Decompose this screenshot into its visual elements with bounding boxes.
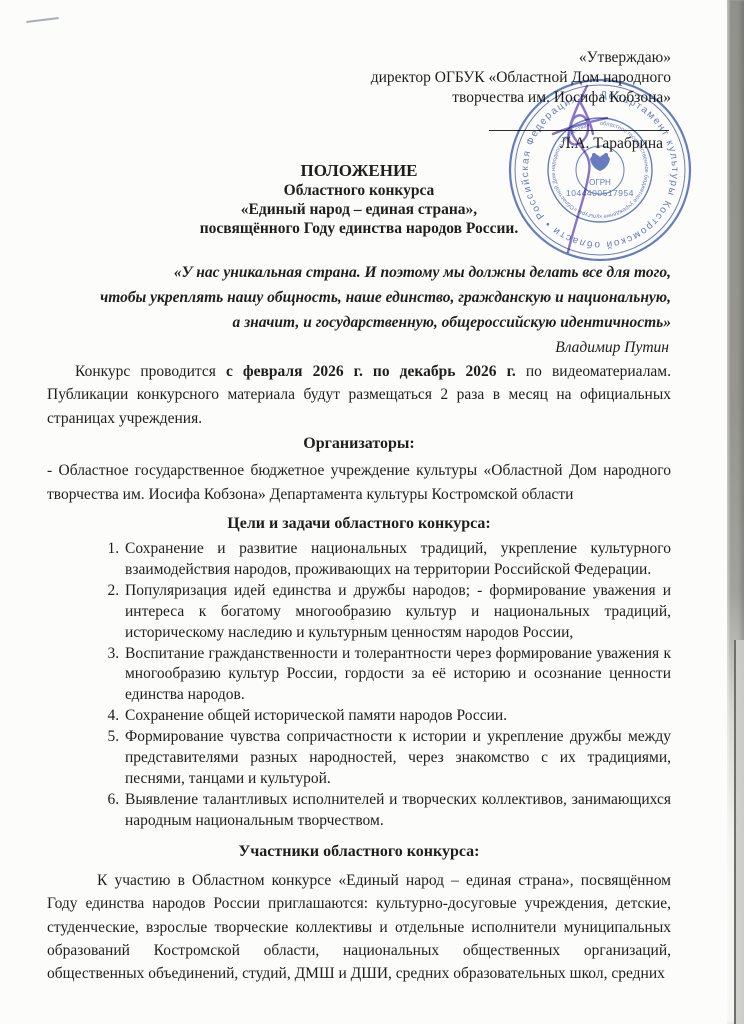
signatory-name: Л.А. Тарабрина (47, 134, 671, 154)
director-line-1: директор ОГБУК «Областной Дом народного (47, 68, 671, 88)
director-line-2: творчества им. Иосифа Кобзона» (47, 88, 671, 108)
participants-paragraph: К участию в Областном конкурсе «Единый н… (47, 869, 671, 986)
title-block: ПОЛОЖЕНИЕ Областного конкурса «Единый на… (47, 160, 671, 238)
epigraph-line-3: а значит, и государственную, общероссийс… (47, 310, 671, 335)
goals-list: Сохранение и развитие национальных тради… (47, 539, 671, 832)
goal-item-3: Воспитание гражданственности и толерантн… (123, 644, 671, 707)
document-content: «Утверждаю» директор ОГБУК «Областной До… (47, 48, 671, 986)
scanned-document-page: «Утверждаю» директор ОГБУК «Областной До… (0, 0, 744, 1024)
participants-heading: Участники областного конкурса: (47, 840, 671, 863)
goal-item-4: Сохранение общей исторической памяти нар… (123, 706, 671, 727)
organizers-heading: Организаторы: (47, 432, 671, 455)
document-title: ПОЛОЖЕНИЕ (47, 160, 671, 181)
goal-item-6: Выявление талантливых исполнителей и тво… (123, 790, 671, 832)
signature-line (489, 116, 669, 131)
goal-item-2: Популяризация идей единства и дружбы нар… (123, 581, 671, 644)
scan-edge-line (734, 640, 736, 1024)
scan-edge-strip (736, 640, 744, 1024)
organizers-paragraph: - Областное государственное бюджетное уч… (47, 459, 671, 506)
approval-label: «Утверждаю» (47, 48, 671, 68)
goal-item-5: Формирование чувства сопричастности к ис… (123, 727, 671, 790)
intro-paragraph: Конкурс проводится с февраля 2026 г. по … (47, 360, 671, 430)
intro-seg-1: Конкурс проводится (75, 363, 226, 380)
title-line-4: посвящённого Году единства народов Росси… (47, 219, 671, 238)
signature-line-row (47, 116, 671, 132)
goal-item-1: Сохранение и развитие национальных тради… (123, 539, 671, 581)
epigraph-line-2: чтобы укреплять нашу общность, наше един… (47, 285, 671, 310)
intro-dates-bold: с февраля 2026 г. по декабрь 2026 г. (226, 363, 516, 380)
approval-block: «Утверждаю» директор ОГБУК «Областной До… (47, 48, 671, 108)
goals-heading: Цели и задачи областного конкурса: (47, 512, 671, 535)
epigraph-quote: «У нас уникальная страна. И поэтому мы д… (47, 260, 671, 335)
pen-scratch-mark (26, 17, 59, 23)
title-line-3: «Единый народ – единая страна», (47, 200, 671, 219)
epigraph-line-1: «У нас уникальная страна. И поэтому мы д… (47, 260, 671, 285)
epigraph-attribution: Владимир Путин (47, 335, 671, 360)
title-line-2: Областного конкурса (47, 181, 671, 200)
